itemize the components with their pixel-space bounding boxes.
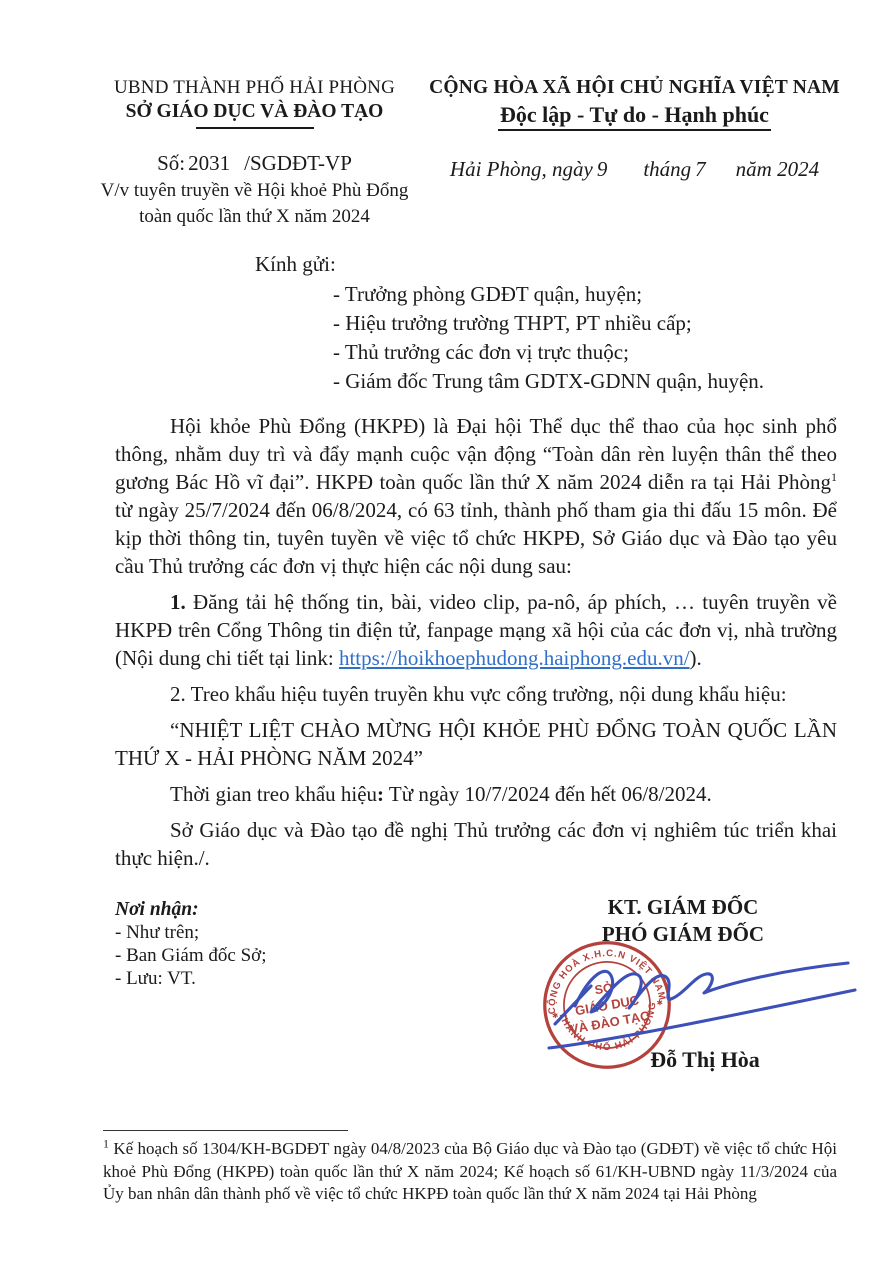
month-value: 7 <box>695 157 706 181</box>
number-label: Số: <box>157 151 185 175</box>
footnote-block: 1 Kế hoạch số 1304/KH-BGDĐT ngày 04/8/20… <box>103 1130 837 1206</box>
recipient-item: - Trưởng phòng GDĐT quận, huyện; <box>333 280 837 309</box>
recipient-list: - Trưởng phòng GDĐT quận, huyện; - Hiệu … <box>333 280 837 396</box>
closing-paragraph: Sở Giáo dục và Đào tạo đề nghị Thủ trưởn… <box>115 816 837 872</box>
national-title: CỘNG HÒA XÃ HỘI CHỦ NGHĨA VIỆT NAM <box>427 76 842 100</box>
footnote-reference: 1 <box>831 470 837 484</box>
parent-org-name: UBND THÀNH PHỐ HẢI PHÒNG <box>82 76 427 99</box>
national-motto-block: CỘNG HÒA XÃ HỘI CHỦ NGHĨA VIỆT NAM Độc l… <box>427 76 890 228</box>
recipient-item: - Hiệu trưởng trường THPT, PT nhiều cấp; <box>333 309 837 338</box>
paragraph-item-1: 1. Đăng tải hệ thống tin, bài, video cli… <box>115 588 837 672</box>
noi-nhan-item: - Lưu: VT. <box>115 967 266 990</box>
salutation-label: Kính gửi: <box>255 252 837 277</box>
noi-nhan-label: Nơi nhận: <box>115 898 266 921</box>
item-1-close: ). <box>690 646 702 670</box>
number-value: 2031 <box>188 151 230 175</box>
number-suffix: /SGDĐT-VP <box>244 151 352 175</box>
issuing-agency-block: UBND THÀNH PHỐ HẢI PHÒNG SỞ GIÁO DỤC VÀ … <box>82 76 427 228</box>
footnote-separator <box>103 1130 348 1131</box>
org-name: SỞ GIÁO DỤC VÀ ĐÀO TẠO <box>82 100 427 123</box>
banner-time-line: Thời gian treo khẩu hiệu: Từ ngày 10/7/2… <box>115 780 837 808</box>
official-document-page: UBND THÀNH PHỐ HẢI PHÒNG SỞ GIÁO DỤC VÀ … <box>0 0 890 1280</box>
recipients-footer-block: Nơi nhận: - Như trên; - Ban Giám đốc Sở;… <box>115 898 266 990</box>
document-footer: Nơi nhận: - Như trên; - Ban Giám đốc Sở;… <box>115 894 837 1084</box>
year-label: năm 2024 <box>736 157 819 181</box>
slogan-paragraph: “NHIỆT LIỆT CHÀO MỪNG HỘI KHỎE PHÙ ĐỔNG … <box>115 716 837 772</box>
noi-nhan-item: - Ban Giám đốc Sở; <box>115 944 266 967</box>
noi-nhan-item: - Như trên; <box>115 921 266 944</box>
time-colon: : <box>377 782 384 806</box>
document-header: UBND THÀNH PHỐ HẢI PHÒNG SỞ GIÁO DỤC VÀ … <box>0 0 890 228</box>
subject-line-1: V/v tuyên truyền về Hội khoẻ Phù Đổng <box>82 179 427 202</box>
paragraph-item-2: 2. Treo khẩu hiệu tuyên truyền khu vực c… <box>115 680 837 708</box>
intro-text-cont: từ ngày 25/7/2024 đến 06/8/2024, có 63 t… <box>115 498 837 578</box>
signature-ink-icon <box>545 948 863 1058</box>
org-underline <box>196 127 314 129</box>
time-text: Từ ngày 10/7/2024 đến hết 06/8/2024. <box>384 782 712 806</box>
footnote-text: 1 Kế hoạch số 1304/KH-BGDĐT ngày 04/8/20… <box>103 1138 837 1206</box>
signer-name: Đỗ Thị Hòa <box>555 1047 855 1073</box>
handwritten-signature <box>545 948 863 1058</box>
time-label: Thời gian treo khẩu hiệu <box>170 782 377 806</box>
national-motto: Độc lập - Tự do - Hạnh phúc <box>498 102 771 131</box>
day-value: 9 <box>597 157 608 181</box>
recipient-item: - Thủ trưởng các đơn vị trực thuộc; <box>333 338 837 367</box>
month-label: tháng <box>643 157 691 181</box>
paragraph-intro: Hội khỏe Phù Đổng (HKPĐ) là Đại hội Thể … <box>115 412 837 580</box>
footnote-body: Kế hoạch số 1304/KH-BGDĐT ngày 04/8/2023… <box>103 1139 837 1203</box>
place-day-label: Hải Phòng, ngày <box>450 157 593 181</box>
place-date-line: Hải Phòng, ngày9tháng7năm 2024 <box>427 157 842 182</box>
recipient-item: - Giám đốc Trung tâm GDTX-GDNN quận, huy… <box>333 367 837 396</box>
document-body: Kính gửi: - Trưởng phòng GDĐT quận, huyệ… <box>115 252 837 1206</box>
document-number-line: Số:2031/SGDĐT-VP <box>82 151 427 176</box>
subject-line-2: toàn quốc lần thứ X năm 2024 <box>82 205 427 228</box>
item-1-number: 1. <box>170 590 186 614</box>
hoikhoephudong-link[interactable]: https://hoikhoephudong.haiphong.edu.vn/ <box>339 646 690 670</box>
signer-role-1: KT. GIÁM ĐỐC <box>533 894 833 921</box>
intro-text: Hội khỏe Phù Đổng (HKPĐ) là Đại hội Thể … <box>115 414 837 494</box>
